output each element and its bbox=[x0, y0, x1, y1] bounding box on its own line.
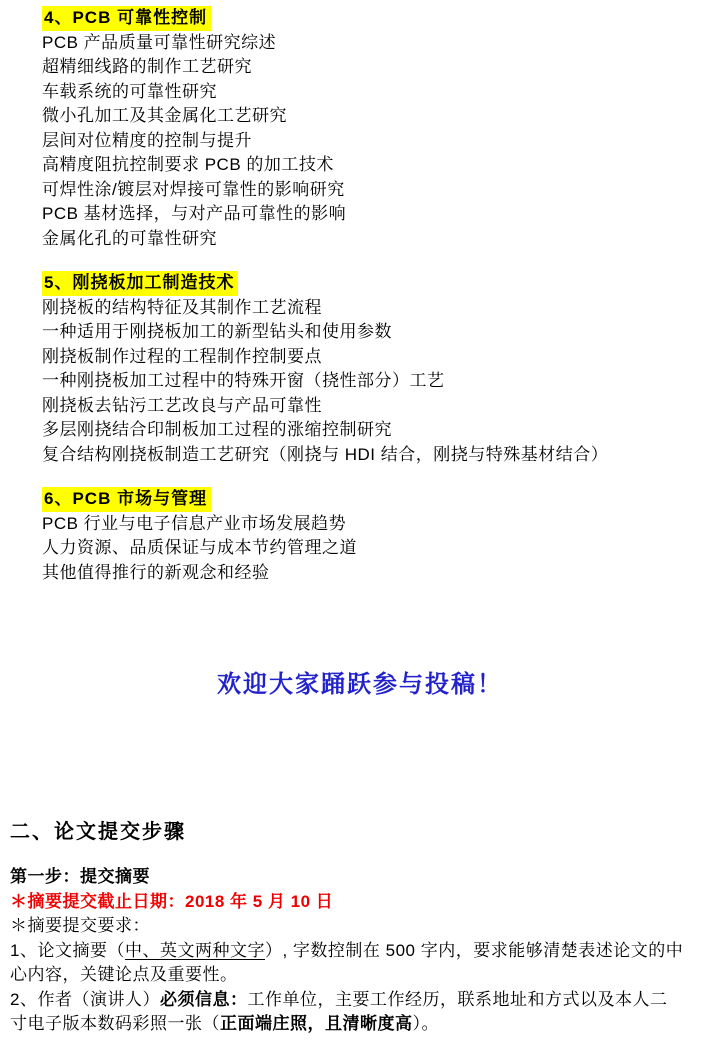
requirement-item-2-line-2: 寸电子版本数码彩照一张（正面端庄照，且清晰度高）。 bbox=[10, 1012, 712, 1037]
topic-item: 高精度阻抗控制要求 PCB 的加工技术 bbox=[42, 153, 720, 178]
topic-item: 刚挠板制作过程的工程制作控制要点 bbox=[42, 345, 720, 370]
req2-line2-bold-text: 正面端庄照，且清晰度高 bbox=[220, 1014, 413, 1033]
topic-item: PCB 基材选择，与对产品可靠性的影响 bbox=[42, 202, 720, 227]
topic-item: 金属化孔的可靠性研究 bbox=[42, 227, 720, 252]
topic-item: 刚挠板的结构特征及其制作工艺流程 bbox=[42, 296, 720, 321]
submission-steps-heading: 二、论文提交步骤 bbox=[10, 818, 712, 846]
call-for-papers-slogan: 欢迎大家踊跃参与投稿！ bbox=[0, 670, 720, 700]
submission-steps-section: 二、论文提交步骤 第一步：提交摘要 ＊摘要提交截止日期：2018 年 5 月 1… bbox=[10, 818, 712, 1037]
document-page: 4、PCB 可靠性控制 PCB 产品质量可靠性研究综述 超精细线路的制作工艺研究… bbox=[0, 0, 720, 1053]
topic-item: 一种刚挠板加工过程中的特殊开窗（挠性部分）工艺 bbox=[42, 369, 720, 394]
topic-item: 一种适用于刚挠板加工的新型钻头和使用参数 bbox=[42, 320, 720, 345]
topic-item: 微小孔加工及其金属化工艺研究 bbox=[42, 104, 720, 129]
topic-item: 人力资源、品质保证与成本节约管理之道 bbox=[42, 536, 720, 561]
topic-section-rigid-flex: 5、刚挠板加工制造技术 刚挠板的结构特征及其制作工艺流程 一种适用于刚挠板加工的… bbox=[42, 271, 720, 467]
section-heading-row: 6、PCB 市场与管理 bbox=[42, 487, 720, 512]
topic-section-market-management: 6、PCB 市场与管理 PCB 行业与电子信息产业市场发展趋势 人力资源、品质保… bbox=[42, 487, 720, 585]
req2-line2-suffix: ）。 bbox=[413, 1014, 440, 1033]
topic-list: 4、PCB 可靠性控制 PCB 产品质量可靠性研究综述 超精细线路的制作工艺研究… bbox=[42, 0, 720, 585]
section-4-heading: 4、PCB 可靠性控制 bbox=[42, 6, 211, 31]
requirement-item-2-line-1: 2、作者（演讲人）必须信息：工作单位，主要工作经历，联系地址和方式以及本人二 bbox=[10, 988, 712, 1013]
req2-rest: 工作单位，主要工作经历，联系地址和方式以及本人二 bbox=[247, 990, 667, 1009]
section-heading-row: 4、PCB 可靠性控制 bbox=[42, 6, 720, 31]
requirement-item-1-line-2: 心内容，关键论点及重要性。 bbox=[10, 963, 712, 988]
section-5-heading: 5、刚挠板加工制造技术 bbox=[42, 271, 238, 296]
section-6-heading: 6、PCB 市场与管理 bbox=[42, 487, 211, 512]
topic-item: 层间对位精度的控制与提升 bbox=[42, 129, 720, 154]
topic-item: 车载系统的可靠性研究 bbox=[42, 80, 720, 105]
req2-line2-prefix: 寸电子版本数码彩照一张（ bbox=[10, 1014, 220, 1033]
topic-section-pcb-reliability: 4、PCB 可靠性控制 PCB 产品质量可靠性研究综述 超精细线路的制作工艺研究… bbox=[42, 6, 720, 251]
topic-item: 刚挠板去钻污工艺改良与产品可靠性 bbox=[42, 394, 720, 419]
req1-prefix: 1、论文摘要（ bbox=[10, 941, 125, 960]
step1-title: 第一步：提交摘要 bbox=[10, 865, 712, 890]
topic-item: 多层刚挠结合印制板加工过程的涨缩控制研究 bbox=[42, 418, 720, 443]
abstract-deadline: ＊摘要提交截止日期：2018 年 5 月 10 日 bbox=[10, 890, 712, 915]
topic-item: PCB 行业与电子信息产业市场发展趋势 bbox=[42, 512, 720, 537]
req1-rest: ）, 字数控制在 500 字内，要求能够清楚表述论文的中 bbox=[265, 941, 683, 960]
topic-item: 复合结构刚挠板制造工艺研究（刚挠与 HDI 结合，刚挠与特殊基材结合） bbox=[42, 443, 720, 468]
topic-item: 超精细线路的制作工艺研究 bbox=[42, 55, 720, 80]
topic-item: PCB 产品质量可靠性研究综述 bbox=[42, 31, 720, 56]
requirement-item-1-line-1: 1、论文摘要（中、英文两种文字）, 字数控制在 500 字内，要求能够清楚表述论… bbox=[10, 939, 712, 964]
req2-prefix: 2、作者（演讲人） bbox=[10, 990, 160, 1009]
req2-bold-text: 必须信息： bbox=[160, 990, 248, 1009]
topic-item: 其他值得推行的新观念和经验 bbox=[42, 561, 720, 586]
topic-item: 可焊性涂/镀层对焊接可靠性的影响研究 bbox=[42, 178, 720, 203]
section-heading-row: 5、刚挠板加工制造技术 bbox=[42, 271, 720, 296]
req1-underlined-text: 中、英文两种文字 bbox=[125, 941, 265, 960]
abstract-requirements-title: ＊摘要提交要求： bbox=[10, 914, 712, 939]
